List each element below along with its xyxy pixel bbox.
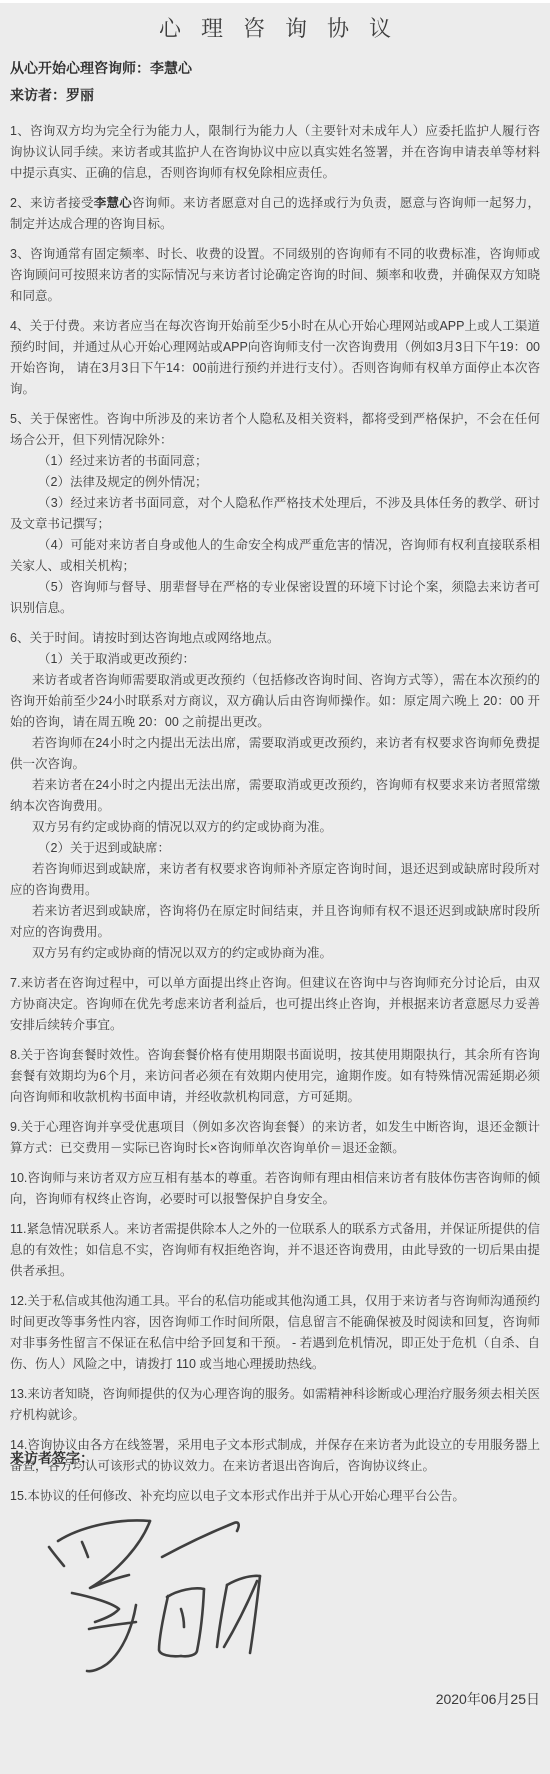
- clause-text-line: 若来访者在24小时之内提出无法出席，需要取消或更改预约，咨询师有权要求来访者照常…: [10, 775, 540, 817]
- clause-text-line: 双方另有约定或协商的情况以双方的约定或协商为准。: [10, 943, 540, 964]
- client-line: 来访者：罗丽: [10, 82, 540, 109]
- clause-text-line: 1、咨询双方均为完全行为能力人，限制行为能力人（主要针对未成年人）应委托监护人履…: [10, 121, 540, 184]
- clause: 12.关于私信或其他沟通工具。平台的私信功能或其他沟通工具，仅用于来访者与咨询师…: [10, 1291, 540, 1375]
- clause-text-line: 若来访者迟到或缺席，咨询将仍在原定时间结束，并且咨询师有权不退还迟到或缺席时段所…: [10, 901, 540, 943]
- counselor-label: 从心开始心理咨询师：: [10, 60, 150, 76]
- clause-text-line: 若咨询师在24小时之内提出无法出席，需要取消或更改预约，来访者有权要求咨询师免费…: [10, 733, 540, 775]
- clause: 13.来访者知晓，咨询师提供的仅为心理咨询的服务。如需精神科诊断或心理治疗服务须…: [10, 1384, 540, 1426]
- clause-text-line: 13.来访者知晓，咨询师提供的仅为心理咨询的服务。如需精神科诊断或心理治疗服务须…: [10, 1384, 540, 1426]
- clause: 11.紧急情况联系人。来访者需提供除本人之外的一位联系人的联系方式备用，并保证所…: [10, 1219, 540, 1282]
- clause-text-line: （1）关于取消或更改预约：: [10, 649, 540, 670]
- clause-text-line: 2、来访者接受李慧心咨询师。来访者愿意对自己的选择或行为负责，愿意与咨询师一起努…: [10, 193, 540, 235]
- client-label: 来访者：: [10, 87, 66, 103]
- client-name: 罗丽: [66, 87, 94, 103]
- clause-text-line: （2）法律及规定的例外情况；: [10, 472, 540, 493]
- clause-text-line: 若咨询师迟到或缺席，来访者有权要求咨询师补齐原定咨询时间，退还迟到或缺席时段所对…: [10, 859, 540, 901]
- clause-text-line: （2）关于迟到或缺席：: [10, 838, 540, 859]
- clause-text-line: 9.关于心理咨询并享受优惠项目（例如多次咨询套餐）的来访者，如发生中断咨询，退还…: [10, 1117, 540, 1159]
- signature-label: 来访者签字：: [10, 1448, 94, 1468]
- clause: 9.关于心理咨询并享受优惠项目（例如多次咨询套餐）的来访者，如发生中断咨询，退还…: [10, 1117, 540, 1159]
- clause: 4、关于付费。来访者应当在每次咨询开始前至少5小时在从心开始心理网站或APP上或…: [10, 316, 540, 400]
- clause-text-line: 8.关于咨询套餐时效性。咨询套餐价格有使用期限书面说明，按其使用期限执行，其余所…: [10, 1045, 540, 1108]
- clause-text-line: 15.本协议的任何修改、补充均应以电子文本形式作出并于从心开始心理平台公告。: [10, 1486, 540, 1507]
- clause-text-line: 3、咨询通常有固定频率、时长、收费的设置。不同级别的咨询师有不同的收费标准，咨询…: [10, 244, 540, 307]
- clause: 1、咨询双方均为完全行为能力人，限制行为能力人（主要针对未成年人）应委托监护人履…: [10, 121, 540, 184]
- page-title: 心理咨询协议: [0, 3, 550, 43]
- clause-text-line: （1）经过来访者的书面同意；: [10, 451, 540, 472]
- clause-text-line: 12.关于私信或其他沟通工具。平台的私信功能或其他沟通工具，仅用于来访者与咨询师…: [10, 1291, 540, 1375]
- clause: 8.关于咨询套餐时效性。咨询套餐价格有使用期限书面说明，按其使用期限执行，其余所…: [10, 1045, 540, 1108]
- clause-text-line: 10.咨询师与来访者双方应互相有基本的尊重。若咨询师有理由相信来访者有肢体伤害咨…: [10, 1168, 540, 1210]
- clause: 10.咨询师与来访者双方应互相有基本的尊重。若咨询师有理由相信来访者有肢体伤害咨…: [10, 1168, 540, 1210]
- clause-text-line: 5、关于保密性。咨询中所涉及的来访者个人隐私及相关资料，都将受到严格保护，不会在…: [10, 409, 540, 451]
- clause-text-line: （5）咨询师与督导、朋辈督导在严格的专业保密设置的环境下讨论个案，须隐去来访者可…: [10, 577, 540, 619]
- clause-text-line: （4）可能对来访者自身或他人的生命安全构成严重危害的情况，咨询师有权利直接联系相…: [10, 535, 540, 577]
- clause: 5、关于保密性。咨询中所涉及的来访者个人隐私及相关资料，都将受到严格保护，不会在…: [10, 409, 540, 619]
- agreement-body: 1、咨询双方均为完全行为能力人，限制行为能力人（主要针对未成年人）应委托监护人履…: [10, 121, 540, 1507]
- clause: 15.本协议的任何修改、补充均应以电子文本形式作出并于从心开始心理平台公告。: [10, 1486, 540, 1507]
- clause: 6、关于时间。请按时到达咨询地点或网络地点。（1）关于取消或更改预约：来访者或者…: [10, 628, 540, 964]
- clause: 7.来访者在咨询过程中，可以单方面提出终止咨询。但建议在咨询中与咨询师充分讨论后…: [10, 973, 540, 1036]
- agreement-document: 心理咨询协议 从心开始心理咨询师：李慧心 来访者：罗丽 1、咨询双方均为完全行为…: [0, 0, 550, 1774]
- clause-text-line: 来访者或者咨询师需要取消或更改预约（包括修改咨询时间、咨询方式等），需在本次预约…: [10, 670, 540, 733]
- clause-text-line: 4、关于付费。来访者应当在每次咨询开始前至少5小时在从心开始心理网站或APP上或…: [10, 316, 540, 400]
- clause: 2、来访者接受李慧心咨询师。来访者愿意对自己的选择或行为负责，愿意与咨询师一起努…: [10, 193, 540, 235]
- counselor-line: 从心开始心理咨询师：李慧心: [10, 55, 540, 82]
- clause-text-line: 7.来访者在咨询过程中，可以单方面提出终止咨询。但建议在咨询中与咨询师充分讨论后…: [10, 973, 540, 1036]
- clause-text-line: 11.紧急情况联系人。来访者需提供除本人之外的一位联系人的联系方式备用，并保证所…: [10, 1219, 540, 1282]
- clause: 3、咨询通常有固定频率、时长、收费的设置。不同级别的咨询师有不同的收费标准，咨询…: [10, 244, 540, 307]
- counselor-name: 李慧心: [150, 60, 192, 76]
- agreement-date: 2020年06月25日: [436, 1689, 540, 1709]
- clause-text-line: （3）经过来访者书面同意，对个人隐私作严格技术处理后，不涉及具体任务的教学、研讨…: [10, 493, 540, 535]
- clause-text-line: 双方另有约定或协商的情况以双方的约定或协商为准。: [10, 817, 540, 838]
- clause-text-line: 6、关于时间。请按时到达咨询地点或网络地点。: [10, 628, 540, 649]
